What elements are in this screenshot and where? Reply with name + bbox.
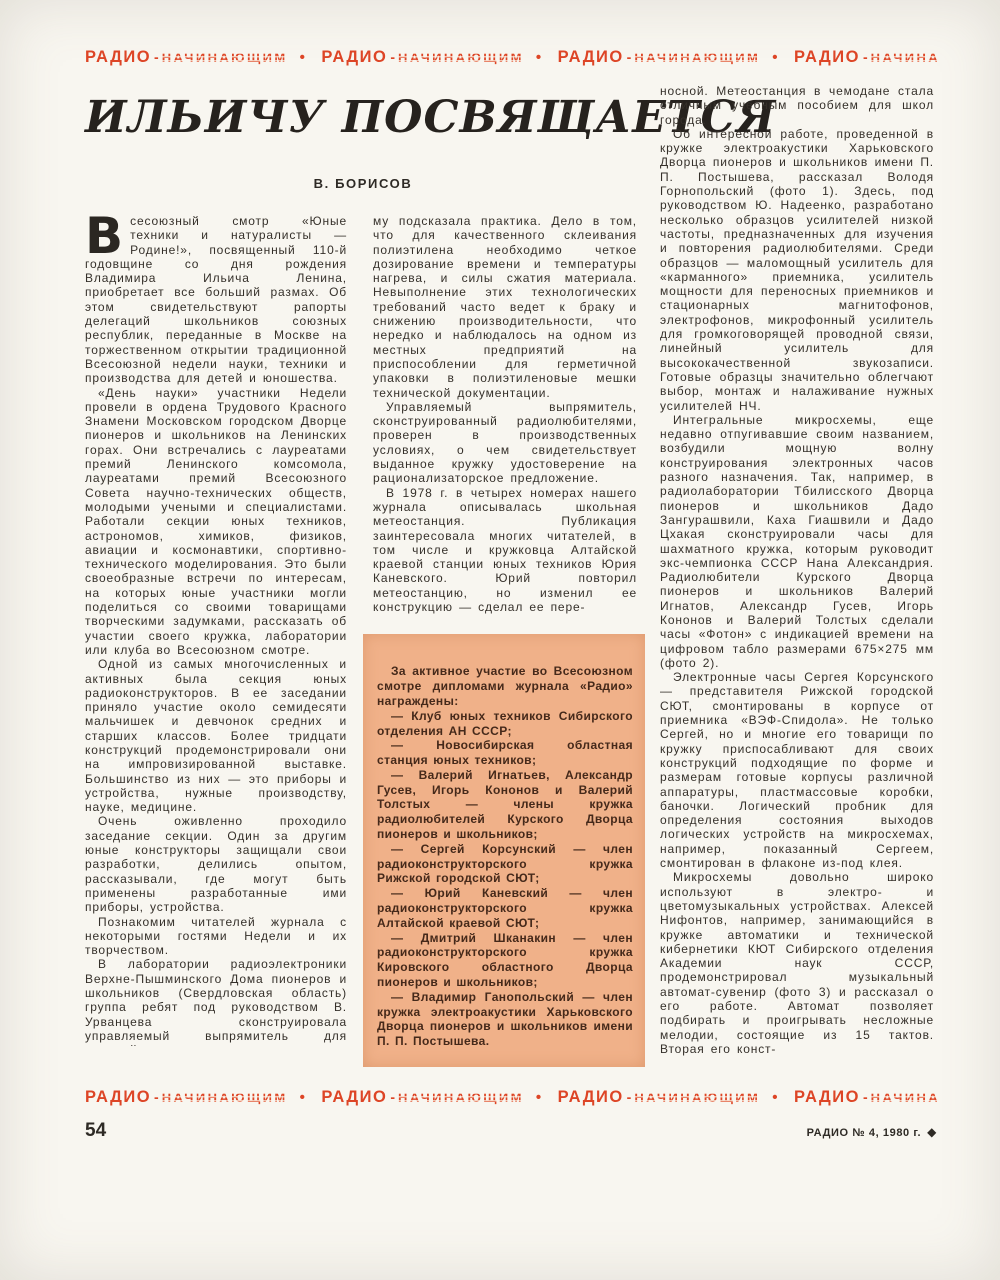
rubric-audience: НАЧИНАЮЩИМ: [871, 1090, 937, 1105]
rubric-separator: •: [300, 1089, 305, 1106]
rubric-segment: РАДИО-НАЧИНАЮЩИМ: [321, 48, 524, 67]
rubric-separator: •: [536, 49, 541, 66]
award-list-item: — Владимир Ганопольский — член кружка эл…: [377, 990, 633, 1049]
rubric-banner-bottom: РАДИО-НАЧИНАЮЩИМ• РАДИО-НАЧИНАЮЩИМ• РАДИ…: [85, 1088, 937, 1112]
rubric-separator: •: [300, 49, 305, 66]
rubric-audience: НАЧИНАЮЩИМ: [162, 1090, 288, 1105]
paragraph: «День науки» участники Недели провели в …: [85, 386, 347, 658]
paragraph: Интегральные микросхемы, еще недавно отп…: [660, 413, 934, 670]
award-list-item: — Сергей Корсунский — член радиоконструк…: [377, 842, 633, 886]
rubric-segment: РАДИО-НАЧИНАЮЩИМ: [794, 1088, 937, 1107]
issue-label: РАДИО № 4, 1980 г.◆: [807, 1125, 937, 1139]
article-author: В. БОРИСОВ: [85, 176, 641, 191]
rubric-segment: РАДИО-НАЧИНАЮЩИМ: [558, 1088, 761, 1107]
rubric-hyphen: -: [154, 1089, 159, 1105]
paragraph: Микросхемы довольно широко используют в …: [660, 870, 934, 1056]
magazine-page: РАДИО-НАЧИНАЮЩИМ• РАДИО-НАЧИНАЮЩИМ• РАДИ…: [0, 0, 1000, 1280]
paragraph: В лаборатории радиоэлектроники Верхне-Пы…: [85, 957, 347, 1046]
award-list-item: — Валерий Игнатьев, Александр Гусев, Иго…: [377, 768, 633, 842]
diamond-icon: ◆: [927, 1125, 937, 1139]
rubric-segment: РАДИО-НАЧИНАЮЩИМ: [558, 48, 761, 67]
column-2: му подсказала практика. Дело в том, что …: [373, 214, 637, 1067]
rubric-brand: РАДИО: [321, 48, 387, 66]
rubric-audience: НАЧИНАЮЩИМ: [398, 1090, 524, 1105]
page-number: 54: [85, 1120, 106, 1142]
rubric-brand: РАДИО: [558, 48, 624, 66]
paragraph: Об интересной работе, проведенной в круж…: [660, 127, 934, 413]
rubric-audience: НАЧИНАЮЩИМ: [634, 50, 760, 65]
rubric-brand: РАДИО: [558, 1088, 624, 1106]
award-list-item: — Дмитрий Шканакин — член радиоконструкт…: [377, 931, 633, 990]
rubric-audience: НАЧИНАЮЩИМ: [871, 50, 937, 65]
rubric-brand: РАДИО: [321, 1088, 387, 1106]
article-title: ИЛЬИЧУ ПОСВЯЩАЕТСЯ: [85, 94, 641, 142]
paragraph: Электронные часы Сергея Корсунского — пр…: [660, 670, 934, 870]
rubric-segment: РАДИО-НАЧИНАЮЩИМ: [85, 48, 288, 67]
dropcap-letter: В: [85, 214, 130, 256]
paragraph: Одной из самых многочисленных и активных…: [85, 657, 347, 814]
rubric-separator: •: [536, 1089, 541, 1106]
rubric-hyphen: -: [863, 49, 868, 65]
rubric-hyphen: -: [154, 49, 159, 65]
rubric-segment: РАДИО-НАЧИНАЮЩИМ: [85, 1088, 288, 1107]
rubric-hyphen: -: [627, 1089, 632, 1105]
rubric-segment: РАДИО-НАЧИНАЮЩИМ: [794, 48, 937, 67]
award-paragraph: За активное участие во Всесоюзном смотре…: [377, 664, 633, 708]
award-highlight-box: За активное участие во Всесоюзном смотре…: [363, 634, 645, 1067]
article-columns: Всесоюзный смотр «Юные техники и натурал…: [85, 214, 637, 1067]
rubric-hyphen: -: [627, 49, 632, 65]
rubric-hyphen: -: [390, 1089, 395, 1105]
issue-text: РАДИО № 4, 1980 г.: [807, 1127, 922, 1139]
paragraph: Всесоюзный смотр «Юные техники и натурал…: [85, 214, 347, 386]
column-3: носной. Метеостанция в чемодане стала от…: [660, 84, 934, 1082]
paragraph: Познакомим читателей журнала с некоторым…: [85, 915, 347, 958]
rubric-brand: РАДИО: [794, 1088, 860, 1106]
rubric-banner-top: РАДИО-НАЧИНАЮЩИМ• РАДИО-НАЧИНАЮЩИМ• РАДИ…: [85, 48, 937, 72]
page-footer: 54 РАДИО № 4, 1980 г.◆: [85, 1120, 937, 1142]
rubric-hyphen: -: [390, 49, 395, 65]
paragraph: Управляемый выпрямитель, сконструированн…: [373, 400, 637, 486]
rubric-audience: НАЧИНАЮЩИМ: [398, 50, 524, 65]
column-1: Всесоюзный смотр «Юные техники и натурал…: [85, 214, 347, 1046]
rubric-separator: •: [772, 1089, 777, 1106]
rubric-separator: •: [772, 49, 777, 66]
rubric-hyphen: -: [863, 1089, 868, 1105]
paragraph: носной. Метеостанция в чемодане стала от…: [660, 84, 934, 127]
paragraph: му подсказала практика. Дело в том, что …: [373, 214, 637, 400]
award-list-item: — Клуб юных техников Сибирского отделени…: [377, 709, 633, 739]
rubric-segment: РАДИО-НАЧИНАЮЩИМ: [321, 1088, 524, 1107]
award-list-item: — Новосибирская областная станция юных т…: [377, 738, 633, 768]
rubric-audience: НАЧИНАЮЩИМ: [634, 1090, 760, 1105]
rubric-audience: НАЧИНАЮЩИМ: [162, 50, 288, 65]
award-list-item: — Юрий Каневский — член радиоконструктор…: [377, 886, 633, 930]
paragraph: В 1978 г. в четырех номерах нашего журна…: [373, 486, 637, 615]
paragraph: Очень оживленно проходило заседание секц…: [85, 814, 347, 914]
rubric-brand: РАДИО: [85, 48, 151, 66]
rubric-brand: РАДИО: [85, 1088, 151, 1106]
rubric-brand: РАДИО: [794, 48, 860, 66]
